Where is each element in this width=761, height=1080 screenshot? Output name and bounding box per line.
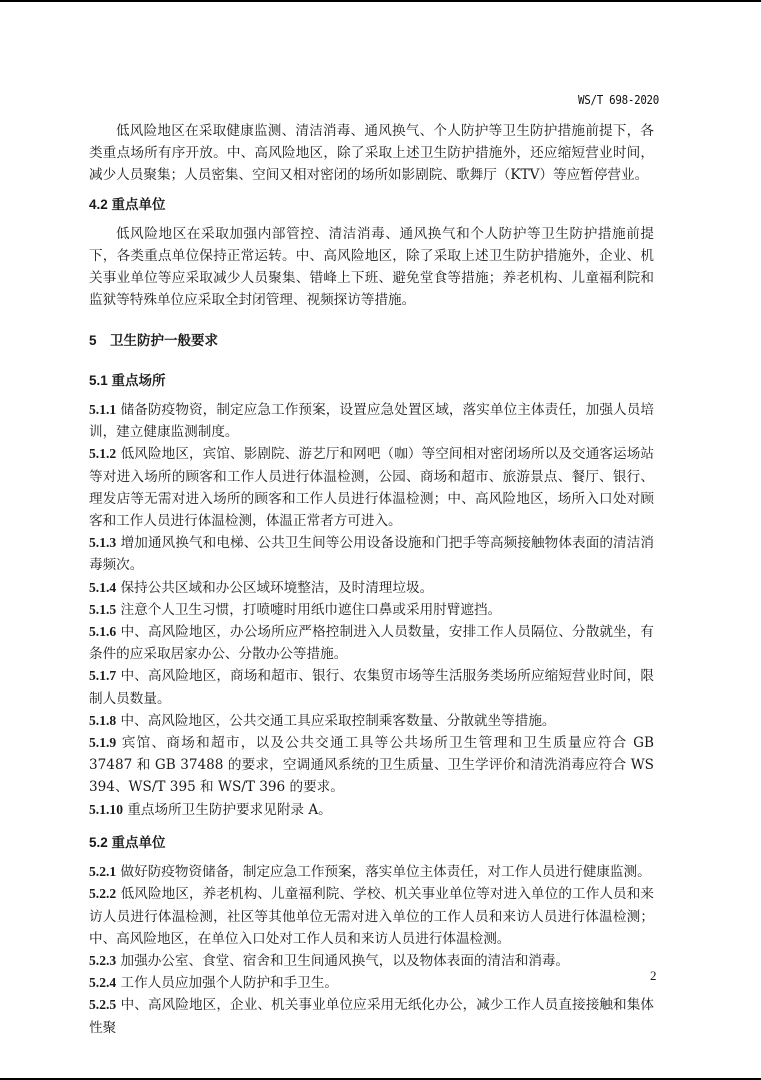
intro-paragraph: 低风险地区在采取健康监测、清洁消毒、通风换气、个人防护等卫生防护措施前提下，各类… [89, 120, 654, 187]
clause-item: 5.1.2 低风险地区，宾馆、影剧院、游艺厅和网吧（咖）等空间相对密闭场所以及交… [89, 443, 654, 532]
clause-item: 5.1.5 注意个人卫生习惯，打喷嚏时用纸巾遮住口鼻或采用肘臂遮挡。 [89, 599, 654, 621]
clause-item: 5.1.6 中、高风险地区，办公场所应严格控制进入人员数量，安排工作人员隔位、分… [89, 621, 654, 665]
section-heading-5-2: 5.2 重点单位 [89, 832, 654, 854]
clause-number: 5.1.10 [89, 802, 123, 817]
clause-number: 5.1.1 [89, 402, 116, 417]
clause-text: 储备防疫物资，制定应急工作预案，设置应急处置区域，落实单位主体责任，加强人员培训… [89, 402, 654, 440]
clause-number: 5.2.5 [89, 997, 116, 1012]
clause-number: 5.1.7 [89, 668, 116, 683]
clause-text: 中、高风险地区，公共交通工具应采取控制乘客数量、分散就坐等措施。 [121, 713, 556, 729]
top-rule [0, 0, 761, 2]
clause-item: 5.2.3 加强办公室、食堂、宿舍和卫生间通风换气，以及物体表面的清洁和消毒。 [89, 950, 654, 972]
clause-text: 低风险地区，养老机构、儿童福利院、学校、机关事业单位等对进入单位的工作人员和来访… [89, 886, 654, 946]
clause-item: 5.1.1 储备防疫物资，制定应急工作预案，设置应急处置区域，落实单位主体责任，… [89, 399, 654, 443]
clause-text: 注意个人卫生习惯，打喷嚏时用纸巾遮住口鼻或采用肘臂遮挡。 [121, 602, 502, 618]
clause-item: 5.1.4 保持公共区域和办公区域环境整洁，及时清理垃圾。 [89, 577, 654, 599]
clause-number: 5.2.4 [89, 975, 116, 990]
clause-number: 5.2.2 [89, 886, 116, 901]
clause-text: 保持公共区域和办公区域环境整洁，及时清理垃圾。 [121, 580, 434, 596]
document-body: 低风险地区在采取健康监测、清洁消毒、通风换气、个人防护等卫生防护措施前提下，各类… [89, 120, 654, 1039]
clause-number: 5.1.8 [89, 713, 116, 728]
clause-item: 5.2.5 中、高风险地区，企业、机关事业单位应采用无纸化办公，减少工作人员直接… [89, 994, 654, 1038]
clause-item: 5.2.1 做好防疫物资储备，制定应急工作预案，落实单位主体责任，对工作人员进行… [89, 861, 654, 883]
section-heading-5-1: 5.1 重点场所 [89, 370, 654, 392]
clause-item: 5.1.10 重点场所卫生防护要求见附录 A。 [89, 799, 654, 821]
clause-item: 5.2.4 工作人员应加强个人防护和手卫生。 [89, 972, 654, 994]
clause-item: 5.2.2 低风险地区，养老机构、儿童福利院、学校、机关事业单位等对进入单位的工… [89, 883, 654, 950]
section-4-2-paragraph: 低风险地区在采取加强内部管控、清洁消毒、通风换气和个人防护等卫生防护措施前提下，… [89, 223, 654, 312]
clause-text: 宾馆、商场和超市，以及公共交通工具等公共场所卫生管理和卫生质量应符合 GB 37… [89, 735, 654, 795]
section-heading-5: 5 卫生防护一般要求 [89, 330, 654, 352]
clause-number: 5.2.3 [89, 953, 116, 968]
clause-text: 中、高风险地区，企业、机关事业单位应采用无纸化办公，减少工作人员直接接触和集体性… [89, 997, 654, 1035]
clause-item: 5.1.9 宾馆、商场和超市，以及公共交通工具等公共场所卫生管理和卫生质量应符合… [89, 732, 654, 799]
clause-item: 5.1.8 中、高风险地区，公共交通工具应采取控制乘客数量、分散就坐等措施。 [89, 710, 654, 732]
clause-text: 增加通风换气和电梯、公共卫生间等公用设备设施和门把手等高频接触物体表面的清洁消毒… [89, 535, 654, 573]
clause-item: 5.1.3 增加通风换气和电梯、公共卫生间等公用设备设施和门把手等高频接触物体表… [89, 532, 654, 576]
page-number: 2 [650, 968, 657, 984]
section-heading-4-2: 4.2 重点单位 [89, 194, 654, 216]
clause-number: 5.1.2 [89, 446, 116, 461]
section-5-2-items: 5.2.1 做好防疫物资储备，制定应急工作预案，落实单位主体责任，对工作人员进行… [89, 861, 654, 1039]
clause-item: 5.1.7 中、高风险地区，商场和超市、银行、农集贸市场等生活服务类场所应缩短营… [89, 665, 654, 709]
clause-number: 5.2.1 [89, 864, 116, 879]
clause-number: 5.1.5 [89, 602, 116, 617]
clause-number: 5.1.6 [89, 624, 116, 639]
clause-number: 5.1.9 [89, 735, 116, 750]
clause-text: 做好防疫物资储备，制定应急工作预案，落实单位主体责任，对工作人员进行健康监测。 [121, 864, 651, 880]
clause-text: 加强办公室、食堂、宿舍和卫生间通风换气，以及物体表面的清洁和消毒。 [121, 953, 570, 969]
clause-text: 中、高风险地区，商场和超市、银行、农集贸市场等生活服务类场所应缩短营业时间，限制… [89, 668, 654, 706]
section-5-1-items: 5.1.1 储备防疫物资，制定应急工作预案，设置应急处置区域，落实单位主体责任，… [89, 399, 654, 821]
clause-number: 5.1.4 [89, 580, 116, 595]
clause-text: 中、高风险地区，办公场所应严格控制进入人员数量，安排工作人员隔位、分散就坐，有条… [89, 624, 654, 662]
document-code: WS/T 698-2020 [578, 93, 659, 107]
clause-text: 工作人员应加强个人防护和手卫生。 [121, 975, 339, 991]
clause-number: 5.1.3 [89, 535, 116, 550]
clause-text: 重点场所卫生防护要求见附录 A。 [127, 802, 331, 818]
clause-text: 低风险地区，宾馆、影剧院、游艺厅和网吧（咖）等空间相对密闭场所以及交通客运场站等… [89, 446, 654, 529]
